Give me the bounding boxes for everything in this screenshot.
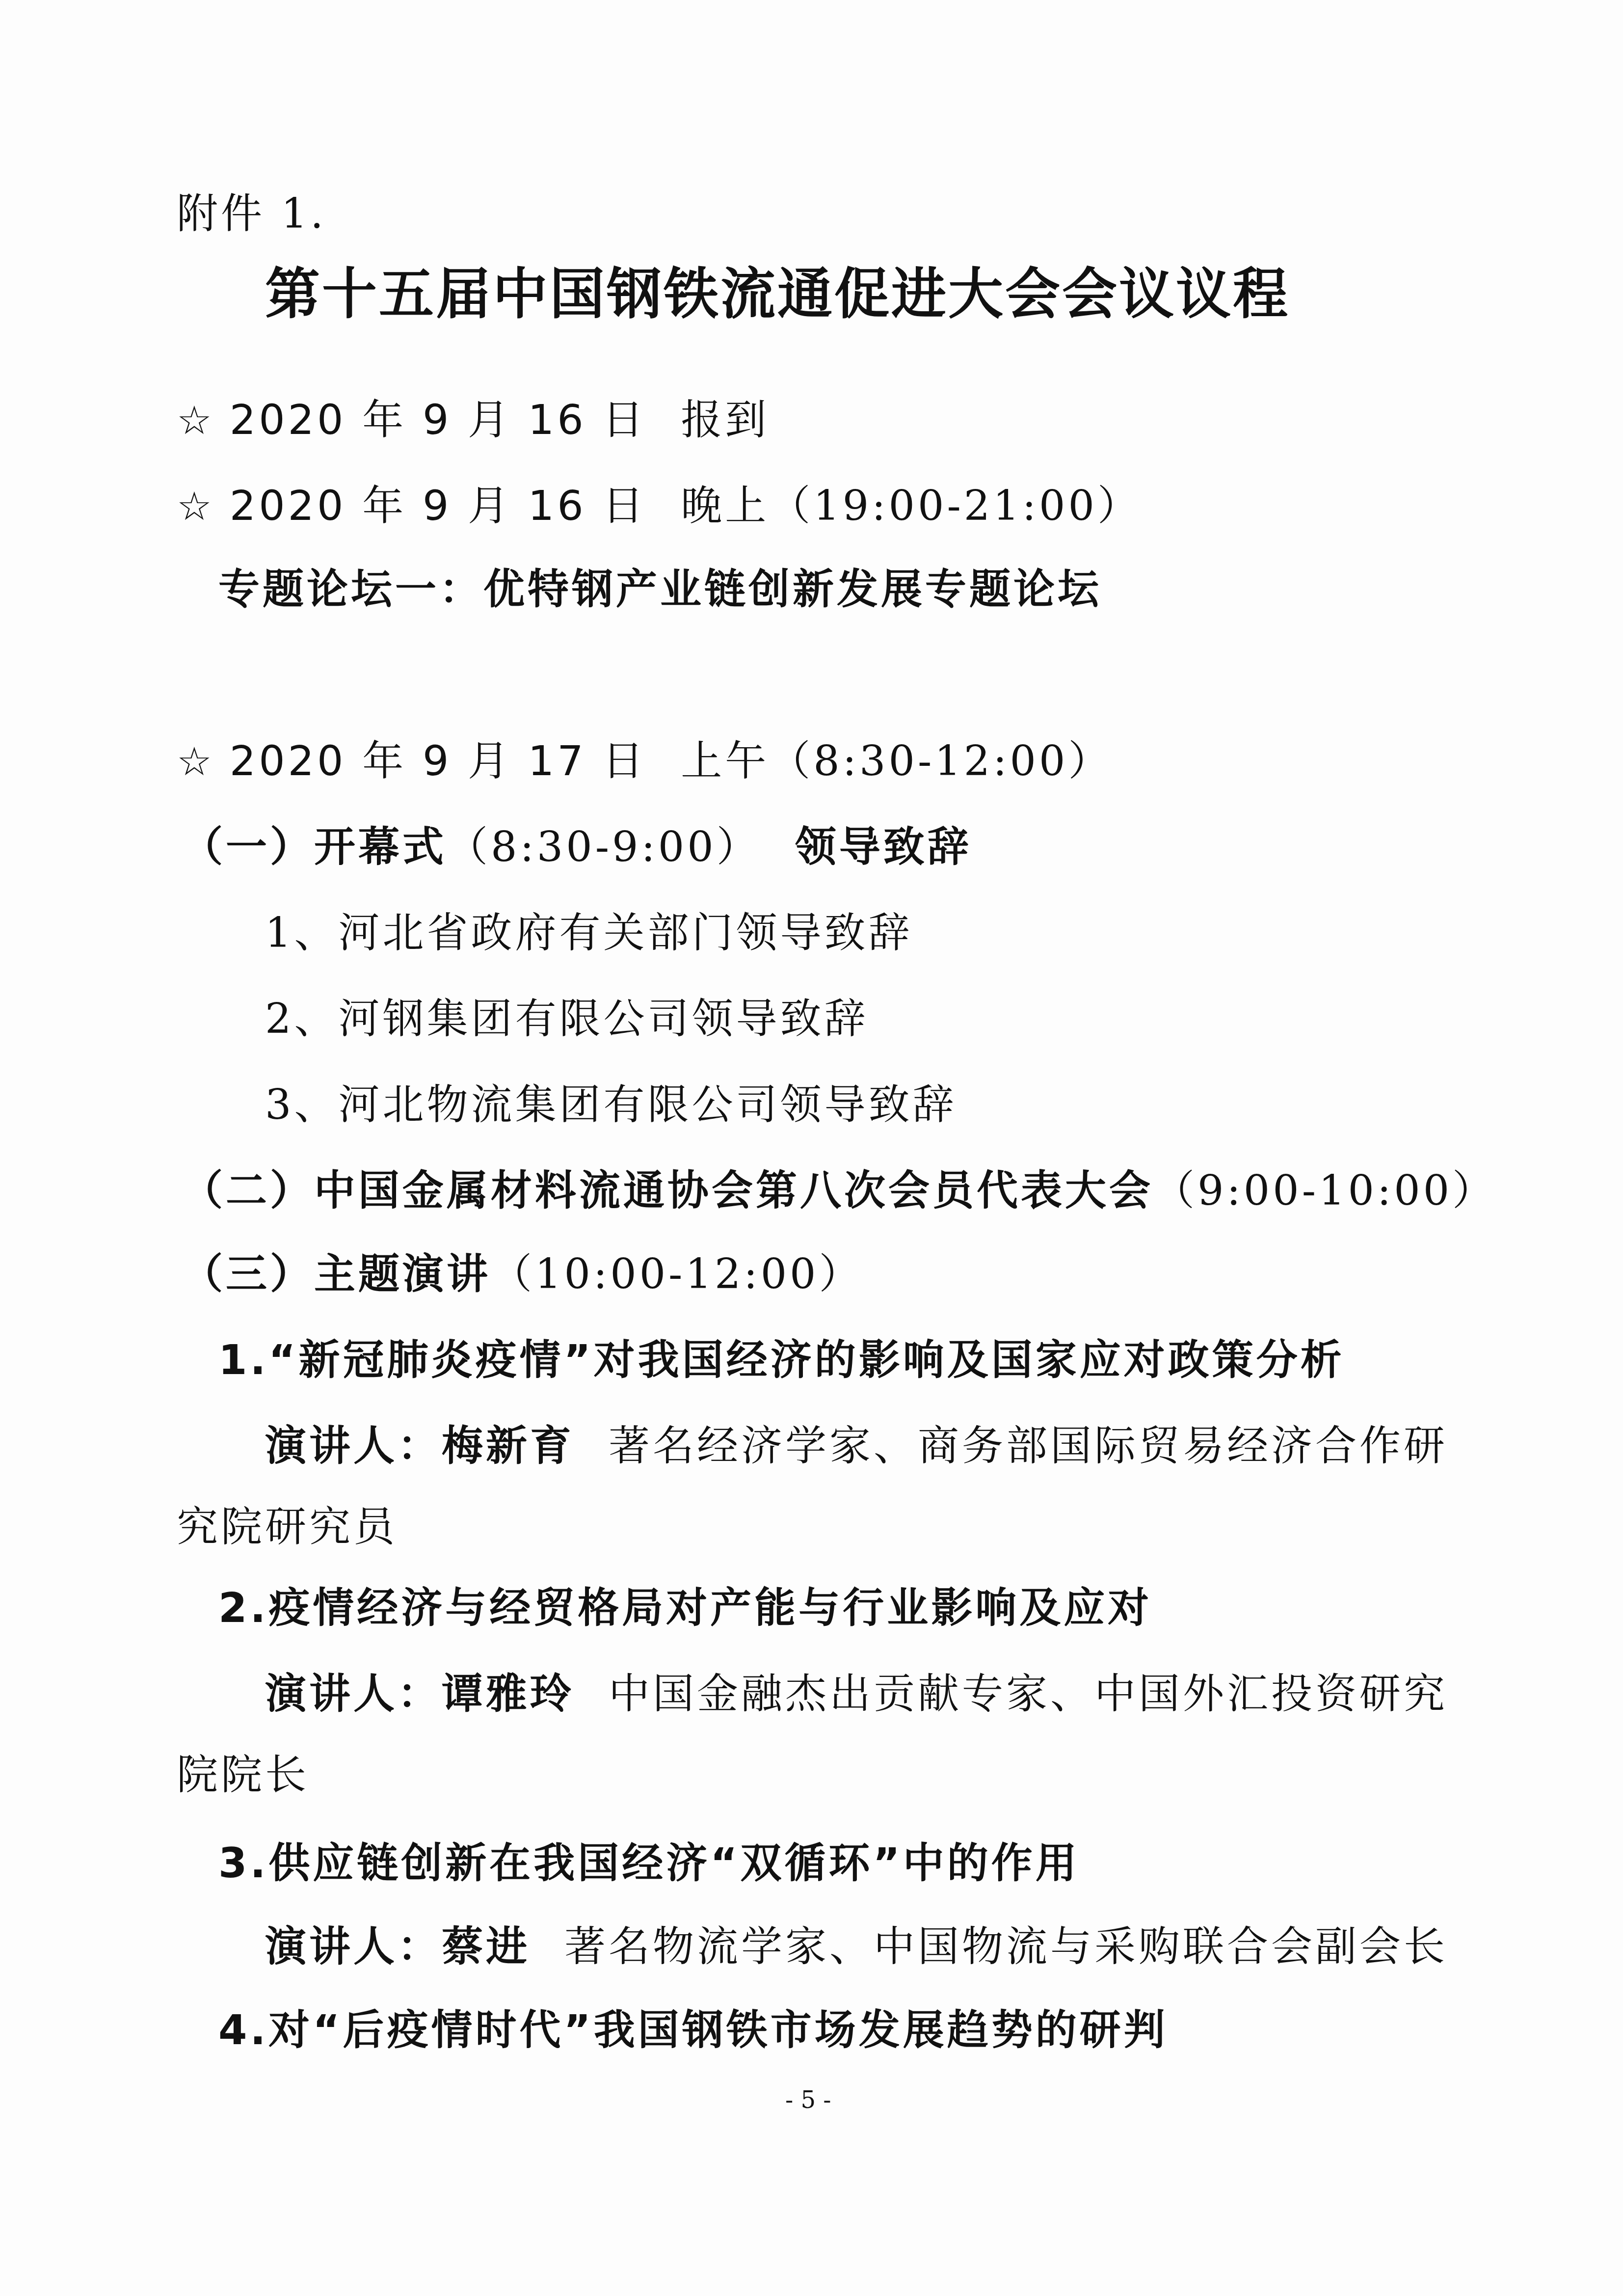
speaker-desc: 中国金融杰出贡献专家、中国外汇投资研究 [609, 1670, 1448, 1718]
talk-title: 2.疫情经济与经贸格局对产能与行业影响及应对 [218, 1583, 1152, 1632]
speaker-desc-cont: 院院长 [177, 1750, 309, 1799]
speaker-label: 演讲人：梅新育 [265, 1422, 574, 1470]
section-label: （三）主题演讲 [182, 1250, 491, 1298]
schedule-time: （8:30-12:00） [769, 737, 1112, 785]
schedule-row-morning: ☆2020 年 9 月 17 日上午（8:30-12:00） [177, 736, 1112, 786]
section-opening: （一）开幕式（8:30-9:00）领导致辞 [182, 822, 972, 871]
attachment-label: 附件 1. [177, 189, 326, 238]
page-title: 第十五届中国钢铁流通促进大会会议议程 [265, 263, 1290, 326]
speaker-desc: 著名物流学家、中国物流与采购联合会副会长 [564, 1922, 1448, 1971]
schedule-session: 晚上 [681, 482, 769, 530]
schedule-session: 上午 [681, 737, 769, 785]
talk-title: 1.“新冠肺炎疫情”对我国经济的影响及国家应对政策分析 [218, 1335, 1345, 1384]
schedule-time: （19:00-21:00） [769, 482, 1142, 530]
section-time: （10:00-12:00） [491, 1250, 863, 1298]
schedule-row-registration: ☆2020 年 9 月 16 日报到 [177, 395, 769, 445]
schedule-date: 2020 年 9 月 16 日 [230, 396, 647, 444]
speaker-label: 演讲人：蔡进 [265, 1922, 530, 1971]
section-label: （二）中国金属材料流通协会第八次会员代表大会 [182, 1166, 1153, 1215]
star-icon: ☆ [177, 484, 215, 529]
section-keynotes: （三）主题演讲（10:00-12:00） [182, 1249, 863, 1298]
list-item: 1、河北省政府有关部门领导致辞 [265, 908, 912, 957]
page-number: - 5 - [785, 2086, 831, 2114]
section-time: （8:30-9:00） [447, 823, 761, 871]
speaker-label: 演讲人：谭雅玲 [265, 1670, 574, 1718]
section-assembly: （二）中国金属材料流通协会第八次会员代表大会（9:00-10:00） [182, 1166, 1496, 1215]
document-page: 附件 1. 第十五届中国钢铁流通促进大会会议议程 ☆2020 年 9 月 16 … [0, 0, 1623, 2296]
speaker-row: 演讲人：梅新育著名经济学家、商务部国际贸易经济合作研 [265, 1421, 1448, 1470]
section-time: （9:00-10:00） [1153, 1166, 1496, 1215]
speaker-desc-cont: 究院研究员 [177, 1502, 398, 1551]
star-icon: ☆ [177, 739, 215, 784]
forum-title: 专题论坛一：优特钢产业链创新发展专题论坛 [218, 565, 1102, 614]
list-item: 3、河北物流集团有限公司领导致辞 [265, 1080, 957, 1129]
talk-title: 4.对“后疫情时代”我国钢铁市场发展趋势的研判 [218, 2005, 1168, 2054]
schedule-session: 报到 [681, 396, 769, 444]
schedule-row-evening: ☆2020 年 9 月 16 日晚上（19:00-21:00） [177, 481, 1142, 531]
schedule-date: 2020 年 9 月 16 日 [230, 482, 647, 530]
list-item: 2、河钢集团有限公司领导致辞 [265, 994, 868, 1043]
section-suffix: 领导致辞 [795, 823, 972, 871]
speaker-row: 演讲人：谭雅玲中国金融杰出贡献专家、中国外汇投资研究 [265, 1669, 1448, 1718]
schedule-date: 2020 年 9 月 17 日 [230, 737, 647, 785]
speaker-desc: 著名经济学家、商务部国际贸易经济合作研 [609, 1422, 1448, 1470]
talk-title: 3.供应链创新在我国经济“双循环”中的作用 [218, 1838, 1080, 1888]
star-icon: ☆ [177, 398, 215, 443]
speaker-row: 演讲人：蔡进著名物流学家、中国物流与采购联合会副会长 [265, 1922, 1448, 1971]
section-label: （一）开幕式 [182, 823, 447, 871]
